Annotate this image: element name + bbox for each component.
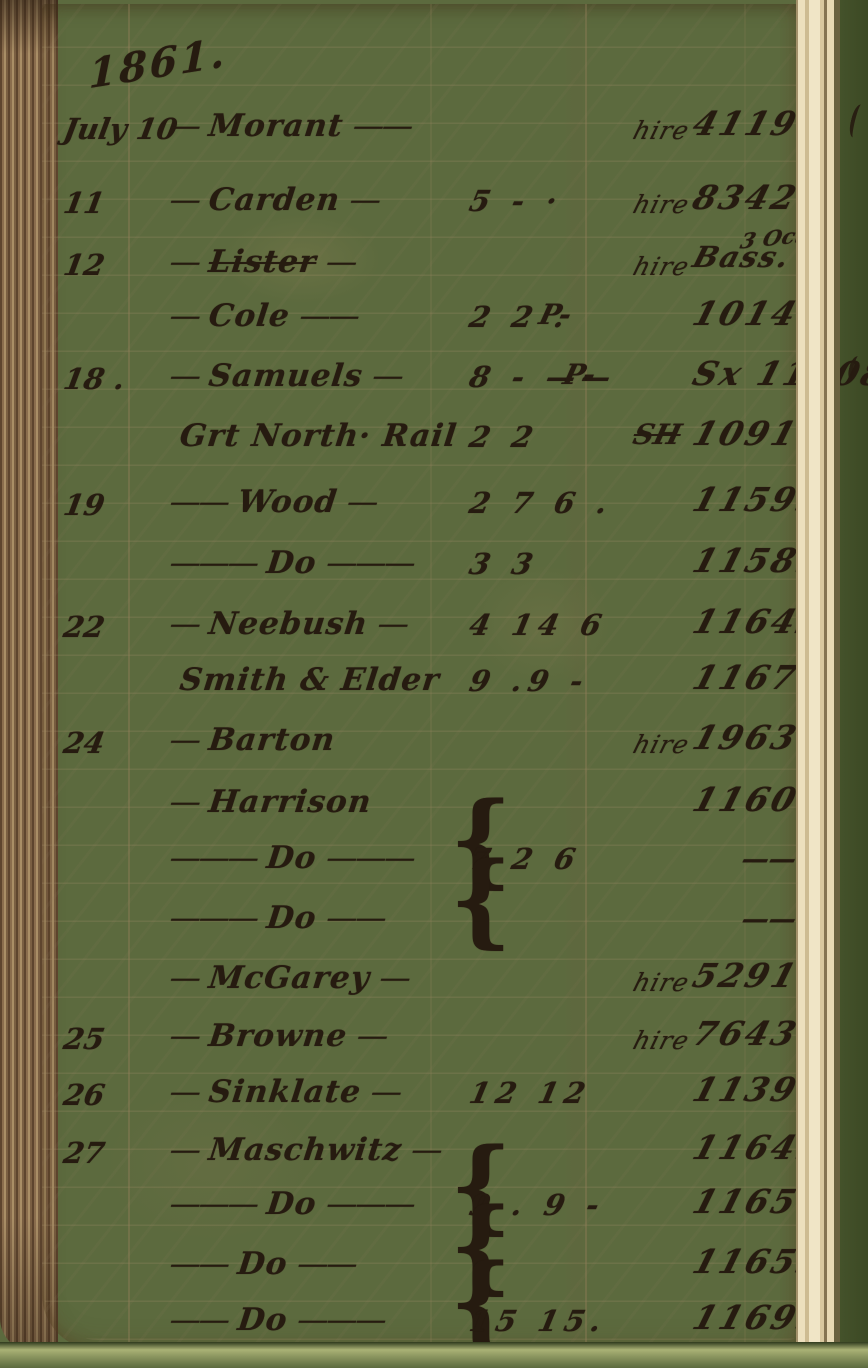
- ledger-row: 25—Browne—hire7643.: [42, 1018, 804, 1078]
- leading-dash: —: [168, 1018, 201, 1054]
- hire-label: hire: [630, 190, 693, 219]
- entry-left-cell: —Neebush—: [168, 606, 472, 642]
- entry-left-cell: ——Do———: [168, 1302, 472, 1338]
- amount-cell: 2 2: [466, 420, 542, 454]
- amount-cell: 5 - ·: [466, 184, 566, 218]
- leading-dash: —: [168, 722, 201, 758]
- ledger-row: ———Do———{7 2 6—— 2: [42, 840, 804, 900]
- hire-label: hire: [630, 730, 693, 759]
- entry-name: Sinklate: [207, 1074, 364, 1110]
- entry-left-cell: ———Do———: [168, 545, 472, 581]
- date-cell: 18 .: [61, 362, 175, 396]
- entry-name: Do: [265, 900, 319, 936]
- scanned-ledger-page: 1861. July 10—Morant——hire4119.11—Carden…: [0, 0, 868, 1368]
- entry-name: Do: [236, 1302, 290, 1338]
- date-cell: July 10: [61, 112, 175, 146]
- trailing-dash: ———: [324, 545, 415, 581]
- leading-dash: —: [168, 1132, 201, 1168]
- entry-left-cell: —McGarey—: [168, 960, 472, 996]
- leading-dash: —: [168, 784, 201, 820]
- amount-cell: 15 15.: [466, 1304, 610, 1338]
- entry-name: Cole: [207, 298, 292, 334]
- entry-name: Samuels: [207, 358, 365, 394]
- entry-left-cell: —Maschwitz—: [168, 1132, 472, 1168]
- leading-dash: —: [168, 1074, 201, 1110]
- entry-left-cell: ——Wood—: [168, 484, 472, 520]
- date-cell: 11: [61, 186, 175, 220]
- entry-name: Morant: [207, 108, 346, 144]
- leading-dash: ———: [168, 900, 259, 936]
- entry-name: Barton: [207, 722, 338, 758]
- trailing-dash: —: [371, 358, 404, 394]
- entry-name: Browne: [207, 1018, 350, 1054]
- ledger-row: 11—Carden—5 - ·hire8342: [42, 182, 804, 242]
- entry-left-cell: —Morant——: [168, 108, 472, 144]
- entry-name: Do: [265, 1186, 319, 1222]
- amount-cell: 9 .9 -: [466, 664, 592, 698]
- amount-cell: 12 12: [466, 1076, 594, 1110]
- entry-name: Lister: [207, 244, 319, 280]
- hire-label: hire: [630, 968, 693, 997]
- stray-ink-mark: [847, 103, 867, 139]
- date-cell: 27: [61, 1136, 175, 1170]
- entry-left-cell: —Sinklate—: [168, 1074, 472, 1110]
- entry-name: Neebush: [207, 606, 370, 642]
- ledger-row: 22—Neebush—4 14 611642: [42, 606, 804, 666]
- entry-name: Smith & Elder: [178, 662, 442, 698]
- trailing-dash: ———: [324, 1186, 415, 1222]
- entry-left-cell: —Harrison: [168, 784, 472, 820]
- amount-cell: 2 7 6 .: [466, 486, 616, 520]
- ledger-row: 19——Wood—2 7 6 .11593: [42, 484, 804, 544]
- date-cell: 22: [61, 610, 175, 644]
- entry-left-cell: —Carden—: [168, 182, 472, 218]
- date-cell: 26: [61, 1078, 175, 1112]
- entry-left-cell: —Browne—: [168, 1018, 472, 1054]
- leading-dash: —: [168, 358, 201, 394]
- ledger-row: ———Do——{—— 3.: [42, 900, 804, 960]
- background-frame: [0, 1342, 868, 1368]
- date-cell: 19: [61, 488, 175, 522]
- year-heading: 1861.: [88, 29, 227, 99]
- date-cell: 25: [61, 1022, 175, 1056]
- trailing-dash: ———: [295, 1302, 386, 1338]
- trailing-dash: —: [348, 182, 381, 218]
- leading-dash: —: [168, 108, 201, 144]
- ledger-row: —Harrison11601: [42, 784, 804, 844]
- date-cell: 12: [61, 248, 175, 282]
- leading-dash: —: [168, 244, 201, 280]
- ledger-row: 24—Bartonhire1963: [42, 722, 804, 782]
- entry-left-cell: ———Do———: [168, 840, 472, 876]
- ledger-row: 26—Sinklate—12 1211394: [42, 1074, 804, 1134]
- ledger-code: P-: [536, 298, 575, 331]
- entry-left-cell: ———Do——: [168, 900, 472, 936]
- amount-cell: 4 14 6: [466, 608, 610, 642]
- entry-name: McGarey: [207, 960, 372, 996]
- trailing-dash: —: [378, 960, 411, 996]
- trailing-dash: —: [376, 606, 409, 642]
- trailing-dash: —: [324, 244, 357, 280]
- entry-left-cell: —Cole——: [168, 298, 472, 334]
- entry-name: Do: [265, 840, 319, 876]
- entry-left-cell: —Barton: [168, 722, 472, 758]
- leading-dash: ——: [168, 1302, 230, 1338]
- entry-name: Do: [236, 1246, 290, 1282]
- trailing-dash: —: [409, 1132, 442, 1168]
- leading-dash: —: [168, 298, 201, 334]
- entry-name: Grt North· Rail: [178, 418, 459, 454]
- trailing-dash: —: [355, 1018, 388, 1054]
- ledger-row: Grt North· Rail2 2SH10911.: [42, 418, 804, 478]
- ledger-row: 27—Maschwitz—11649: [42, 1132, 804, 1192]
- ledger-row: Smith & Elder9 .9 -11676: [42, 662, 804, 722]
- trailing-dash: ——: [324, 900, 386, 936]
- ledger-row: —Cole——2 2 .P-10140.: [42, 298, 804, 358]
- entry-name: Do: [265, 545, 319, 581]
- ledger-code: SH: [630, 418, 685, 451]
- hire-label: hire: [630, 252, 693, 281]
- leading-dash: —: [168, 606, 201, 642]
- entry-left-cell: Smith & Elder: [168, 662, 472, 698]
- entry-name: Carden: [207, 182, 342, 218]
- leading-dash: ———: [168, 1186, 259, 1222]
- ledger-row: 12—Lister—hire3 OctveBass.: [42, 244, 804, 304]
- ledger-row: —McGarey—hire5291.: [42, 960, 804, 1020]
- entry-name: Wood: [236, 484, 340, 520]
- ledger-row: ———Do———{9 . 9 -11651.: [42, 1186, 804, 1246]
- entry-left-cell: Grt North· Rail: [168, 418, 472, 454]
- leading-dash: —: [168, 182, 201, 218]
- trailing-dash: ——: [298, 298, 360, 334]
- leading-dash: ———: [168, 840, 259, 876]
- trailing-dash: ———: [324, 840, 415, 876]
- entry-left-cell: ——Do——: [168, 1246, 472, 1282]
- trailing-dash: —: [369, 1074, 402, 1110]
- ledger-row: 18 .—Samuels—8 - ——P-Sx 11408.: [42, 358, 804, 418]
- entry-name: Harrison: [207, 784, 374, 820]
- ledger-paper: 1861. July 10—Morant——hire4119.11—Carden…: [42, 4, 804, 1350]
- facing-page-edges: [796, 0, 840, 1352]
- leading-dash: ——: [168, 1246, 230, 1282]
- ledger-row: ——Do——{11653: [42, 1246, 804, 1306]
- trailing-dash: ——: [295, 1246, 357, 1282]
- entry-left-cell: —Samuels—: [168, 358, 472, 394]
- hire-label: hire: [630, 116, 693, 145]
- leading-dash: —: [168, 960, 201, 996]
- trailing-dash: —: [345, 484, 378, 520]
- hire-label: hire: [630, 1026, 693, 1055]
- ledger-row: ———Do———3 311589: [42, 545, 804, 605]
- entry-left-cell: —Lister—: [168, 244, 472, 280]
- date-cell: 24: [61, 726, 175, 760]
- leading-dash: ———: [168, 545, 259, 581]
- amount-cell: 3 3: [466, 547, 542, 581]
- brace-mark: {: [450, 850, 512, 951]
- entry-left-cell: ———Do———: [168, 1186, 472, 1222]
- trailing-dash: ——: [351, 108, 413, 144]
- leading-dash: ——: [168, 484, 230, 520]
- ledger-row: July 10—Morant——hire4119.: [42, 108, 804, 168]
- entry-name: Maschwitz: [207, 1132, 404, 1168]
